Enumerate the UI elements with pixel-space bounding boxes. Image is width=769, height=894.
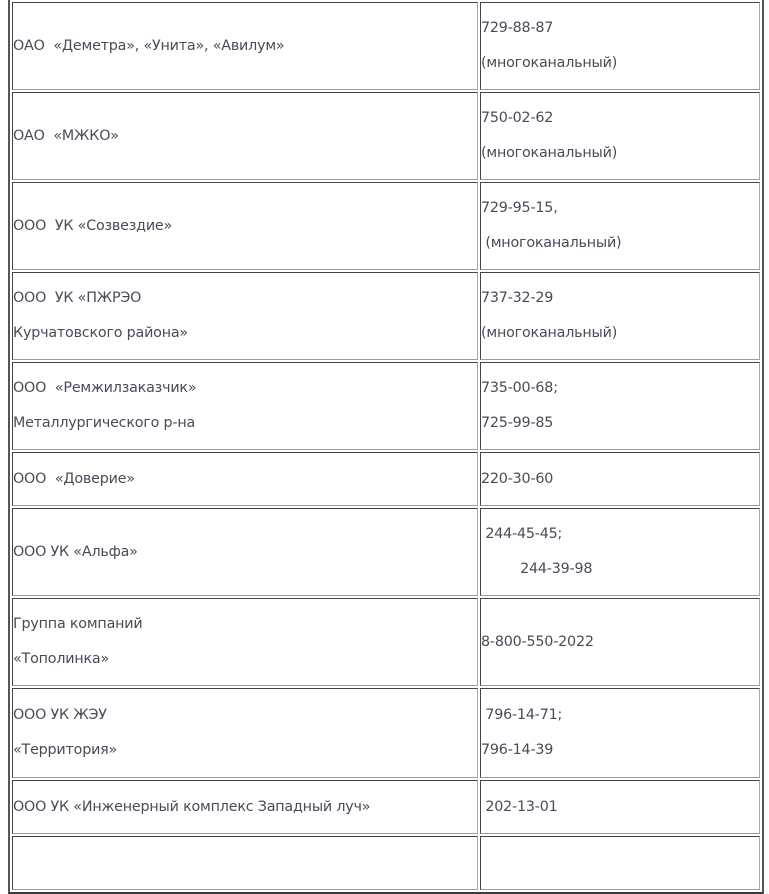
- table-row: ООО УК ЖЭУ «Территория» 796-14-71; 796-1…: [12, 688, 760, 778]
- company-name-cell: ООО УК «Созвездие»: [12, 182, 478, 270]
- company-name-cell: ООО «Доверие»: [12, 452, 478, 506]
- phone-line: 750-02-62: [481, 101, 759, 136]
- phone-cell: 735-00-68; 725-99-85: [480, 362, 760, 450]
- table-row: ООО «Ремжилзаказчик» Металлургического р…: [12, 362, 760, 450]
- company-name-line: Металлургического р-на: [13, 406, 477, 441]
- phone-cell: 737-32-29 (многоканальный): [480, 272, 760, 360]
- company-name-line: «Тополинка»: [13, 642, 477, 677]
- phone-note: (многоканальный): [481, 316, 759, 351]
- phone-note: (многоканальный): [481, 136, 759, 171]
- phone-cell: 729-95-15, (многоканальный): [480, 182, 760, 270]
- table-row: ОАО «Деметра», «Унита», «Авилум» 729-88-…: [12, 2, 760, 90]
- company-name-line: ООО УК ЖЭУ: [13, 698, 477, 733]
- phone-cell: 202-13-01: [480, 780, 760, 834]
- table-row: ООО УК «Созвездие» 729-95-15, (многокана…: [12, 182, 760, 270]
- company-name-line: ООО УК «ПЖРЭО: [13, 281, 477, 316]
- phone-line: 735-00-68;: [481, 371, 759, 406]
- phone-note: (многоканальный): [481, 226, 759, 261]
- phone-cell: 220-30-60: [480, 452, 760, 506]
- phone-line: 244-39-98: [481, 552, 759, 587]
- phone-line: 796-14-71;: [481, 698, 759, 733]
- phone-note: (многоканальный): [481, 46, 759, 81]
- phone-line: 737-32-29: [481, 281, 759, 316]
- company-name-line: «Территория»: [13, 733, 477, 768]
- phone-line: 729-95-15,: [481, 191, 759, 226]
- table-row: ОАО «МЖКО» 750-02-62 (многоканальный): [12, 92, 760, 180]
- table-row: Группа компаний «Тополинка» 8-800-550-20…: [12, 598, 760, 686]
- company-name-line: ООО УК «Альфа»: [13, 535, 477, 570]
- company-name-line: ООО «Доверие»: [13, 462, 477, 497]
- table-row: ООО УК «ПЖРЭО Курчатовского района» 737-…: [12, 272, 760, 360]
- company-name-cell: ООО УК «Альфа»: [12, 508, 478, 596]
- table-row: ООО УК «Альфа» 244-45-45; 244-39-98: [12, 508, 760, 596]
- company-name-line: ООО УК «Созвездие»: [13, 209, 477, 244]
- company-name-cell: ООО УК «Инженерный комплекс Западный луч…: [12, 780, 478, 834]
- company-name-line: ОАО «МЖКО»: [13, 119, 477, 154]
- phone-line: 8-800-550-2022: [481, 625, 759, 660]
- company-name-line: ООО «Ремжилзаказчик»: [13, 371, 477, 406]
- phone-line: 244-45-45;: [481, 517, 759, 552]
- company-name-line: ООО УК «Инженерный комплекс Западный луч…: [13, 790, 477, 825]
- company-name-line: Курчатовского района»: [13, 316, 477, 351]
- phone-cell: 750-02-62 (многоканальный): [480, 92, 760, 180]
- company-name-line: Группа компаний: [13, 607, 477, 642]
- table-row: ООО «Доверие» 220-30-60: [12, 452, 760, 506]
- company-name-cell: ООО УК «ПЖРЭО Курчатовского района»: [12, 272, 478, 360]
- company-name-line: ОАО «Деметра», «Унита», «Авилум»: [13, 29, 477, 64]
- table-row: ООО УК «Инженерный комплекс Западный луч…: [12, 780, 760, 834]
- phone-cell: 8-800-550-2022: [480, 598, 760, 686]
- company-name-cell: ООО УК ЖЭУ «Территория»: [12, 688, 478, 778]
- phone-line: 729-88-87: [481, 11, 759, 46]
- phone-line: 725-99-85: [481, 406, 759, 441]
- management-companies-table: ОАО «Деметра», «Унита», «Авилум» 729-88-…: [8, 0, 764, 836]
- phone-line: 796-14-39: [481, 733, 759, 768]
- company-name-cell: ООО «Ремжилзаказчик» Металлургического р…: [12, 362, 478, 450]
- page-content: ОАО «Деметра», «Унита», «Авилум» 729-88-…: [8, 0, 764, 836]
- phone-line: 220-30-60: [481, 462, 759, 497]
- phone-cell: 796-14-71; 796-14-39: [480, 688, 760, 778]
- phone-line: 202-13-01: [481, 790, 759, 825]
- phone-cell: 729-88-87 (многоканальный): [480, 2, 760, 90]
- phone-cell: 244-45-45; 244-39-98: [480, 508, 760, 596]
- company-name-cell: ОАО «МЖКО»: [12, 92, 478, 180]
- company-name-cell: Группа компаний «Тополинка»: [12, 598, 478, 686]
- company-name-cell: ОАО «Деметра», «Унита», «Авилум»: [12, 2, 478, 90]
- table-body: ОАО «Деметра», «Унита», «Авилум» 729-88-…: [12, 2, 760, 836]
